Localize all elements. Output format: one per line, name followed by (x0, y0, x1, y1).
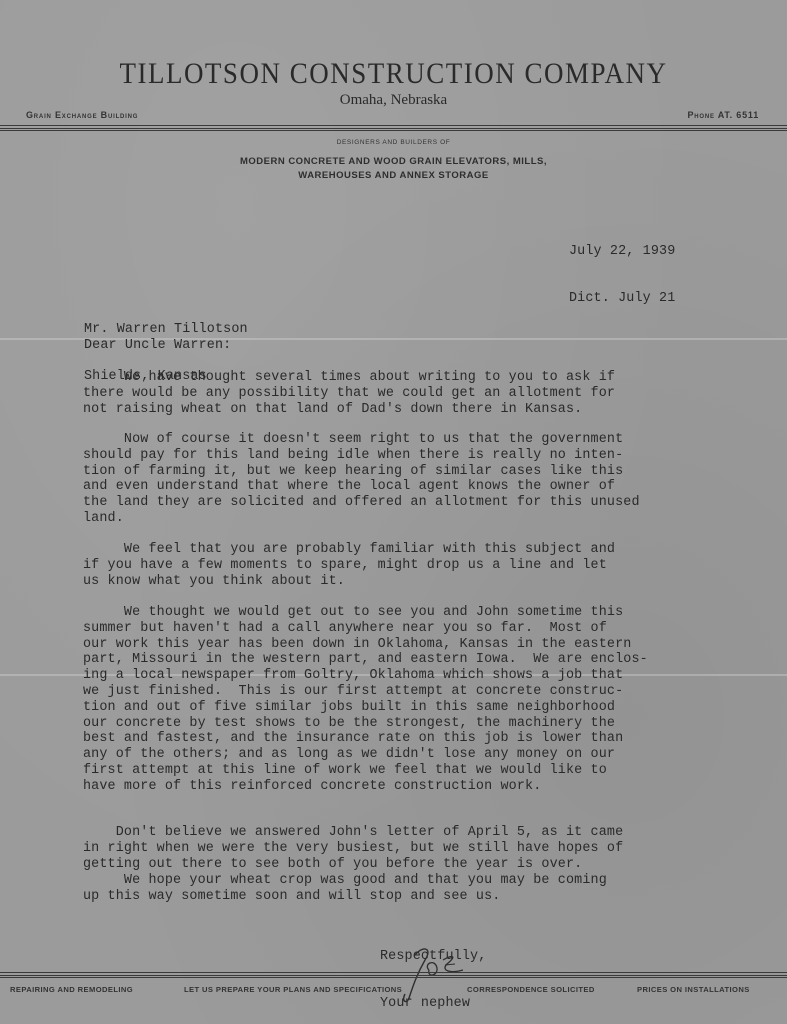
footer-item: LET US PREPARE YOUR PLANS AND SPECIFICAT… (184, 985, 402, 994)
letter-paragraph: Now of course it doesn't seem right to u… (83, 432, 640, 527)
footer-item: CORRESPONDENCE SOLICITED (467, 985, 595, 994)
letter-date-block: July 22, 1939 Dict. July 21 (569, 212, 675, 323)
services-line: MODERN CONCRETE AND WOOD GRAIN ELEVATORS… (0, 155, 787, 169)
company-city: Omaha, Nebraska (0, 92, 787, 109)
dictated-date: Dict. July 21 (569, 291, 675, 307)
company-name: TILLOTSON CONSTRUCTION COMPANY (0, 56, 787, 90)
services-description: MODERN CONCRETE AND WOOD GRAIN ELEVATORS… (0, 155, 787, 183)
footer-rule (0, 977, 787, 978)
letterhead-rule (0, 125, 787, 126)
letterhead-rule (0, 130, 787, 131)
footer-rule (0, 975, 787, 976)
company-phone: Phone AT. 6511 (687, 110, 759, 120)
letterhead-footer: REPAIRING AND REMODELING LET US PREPARE … (0, 985, 787, 999)
letterhead-rule (0, 128, 787, 129)
footer-item: PRICES ON INSTALLATIONS (637, 985, 750, 994)
footer-rule (0, 972, 787, 973)
company-building: Grain Exchange Building (26, 110, 138, 120)
letter-paragraph: We hope your wheat crop was good and tha… (83, 873, 607, 905)
recipient-name: Mr. Warren Tillotson (84, 322, 248, 338)
letter-paragraph: We thought we would get out to see you a… (83, 605, 648, 795)
salutation: Dear Uncle Warren: (84, 338, 231, 354)
letter-paragraph: We feel that you are probably familiar w… (83, 542, 615, 589)
letter-date: July 22, 1939 (569, 244, 675, 260)
letter-paragraph: We have thought several times about writ… (83, 370, 615, 417)
footer-item: REPAIRING AND REMODELING (10, 985, 133, 994)
letter-paragraph: Don't believe we answered John's letter … (83, 825, 623, 872)
designers-label: DESIGNERS AND BUILDERS OF (0, 139, 787, 146)
services-line: WAREHOUSES AND ANNEX STORAGE (0, 169, 787, 183)
